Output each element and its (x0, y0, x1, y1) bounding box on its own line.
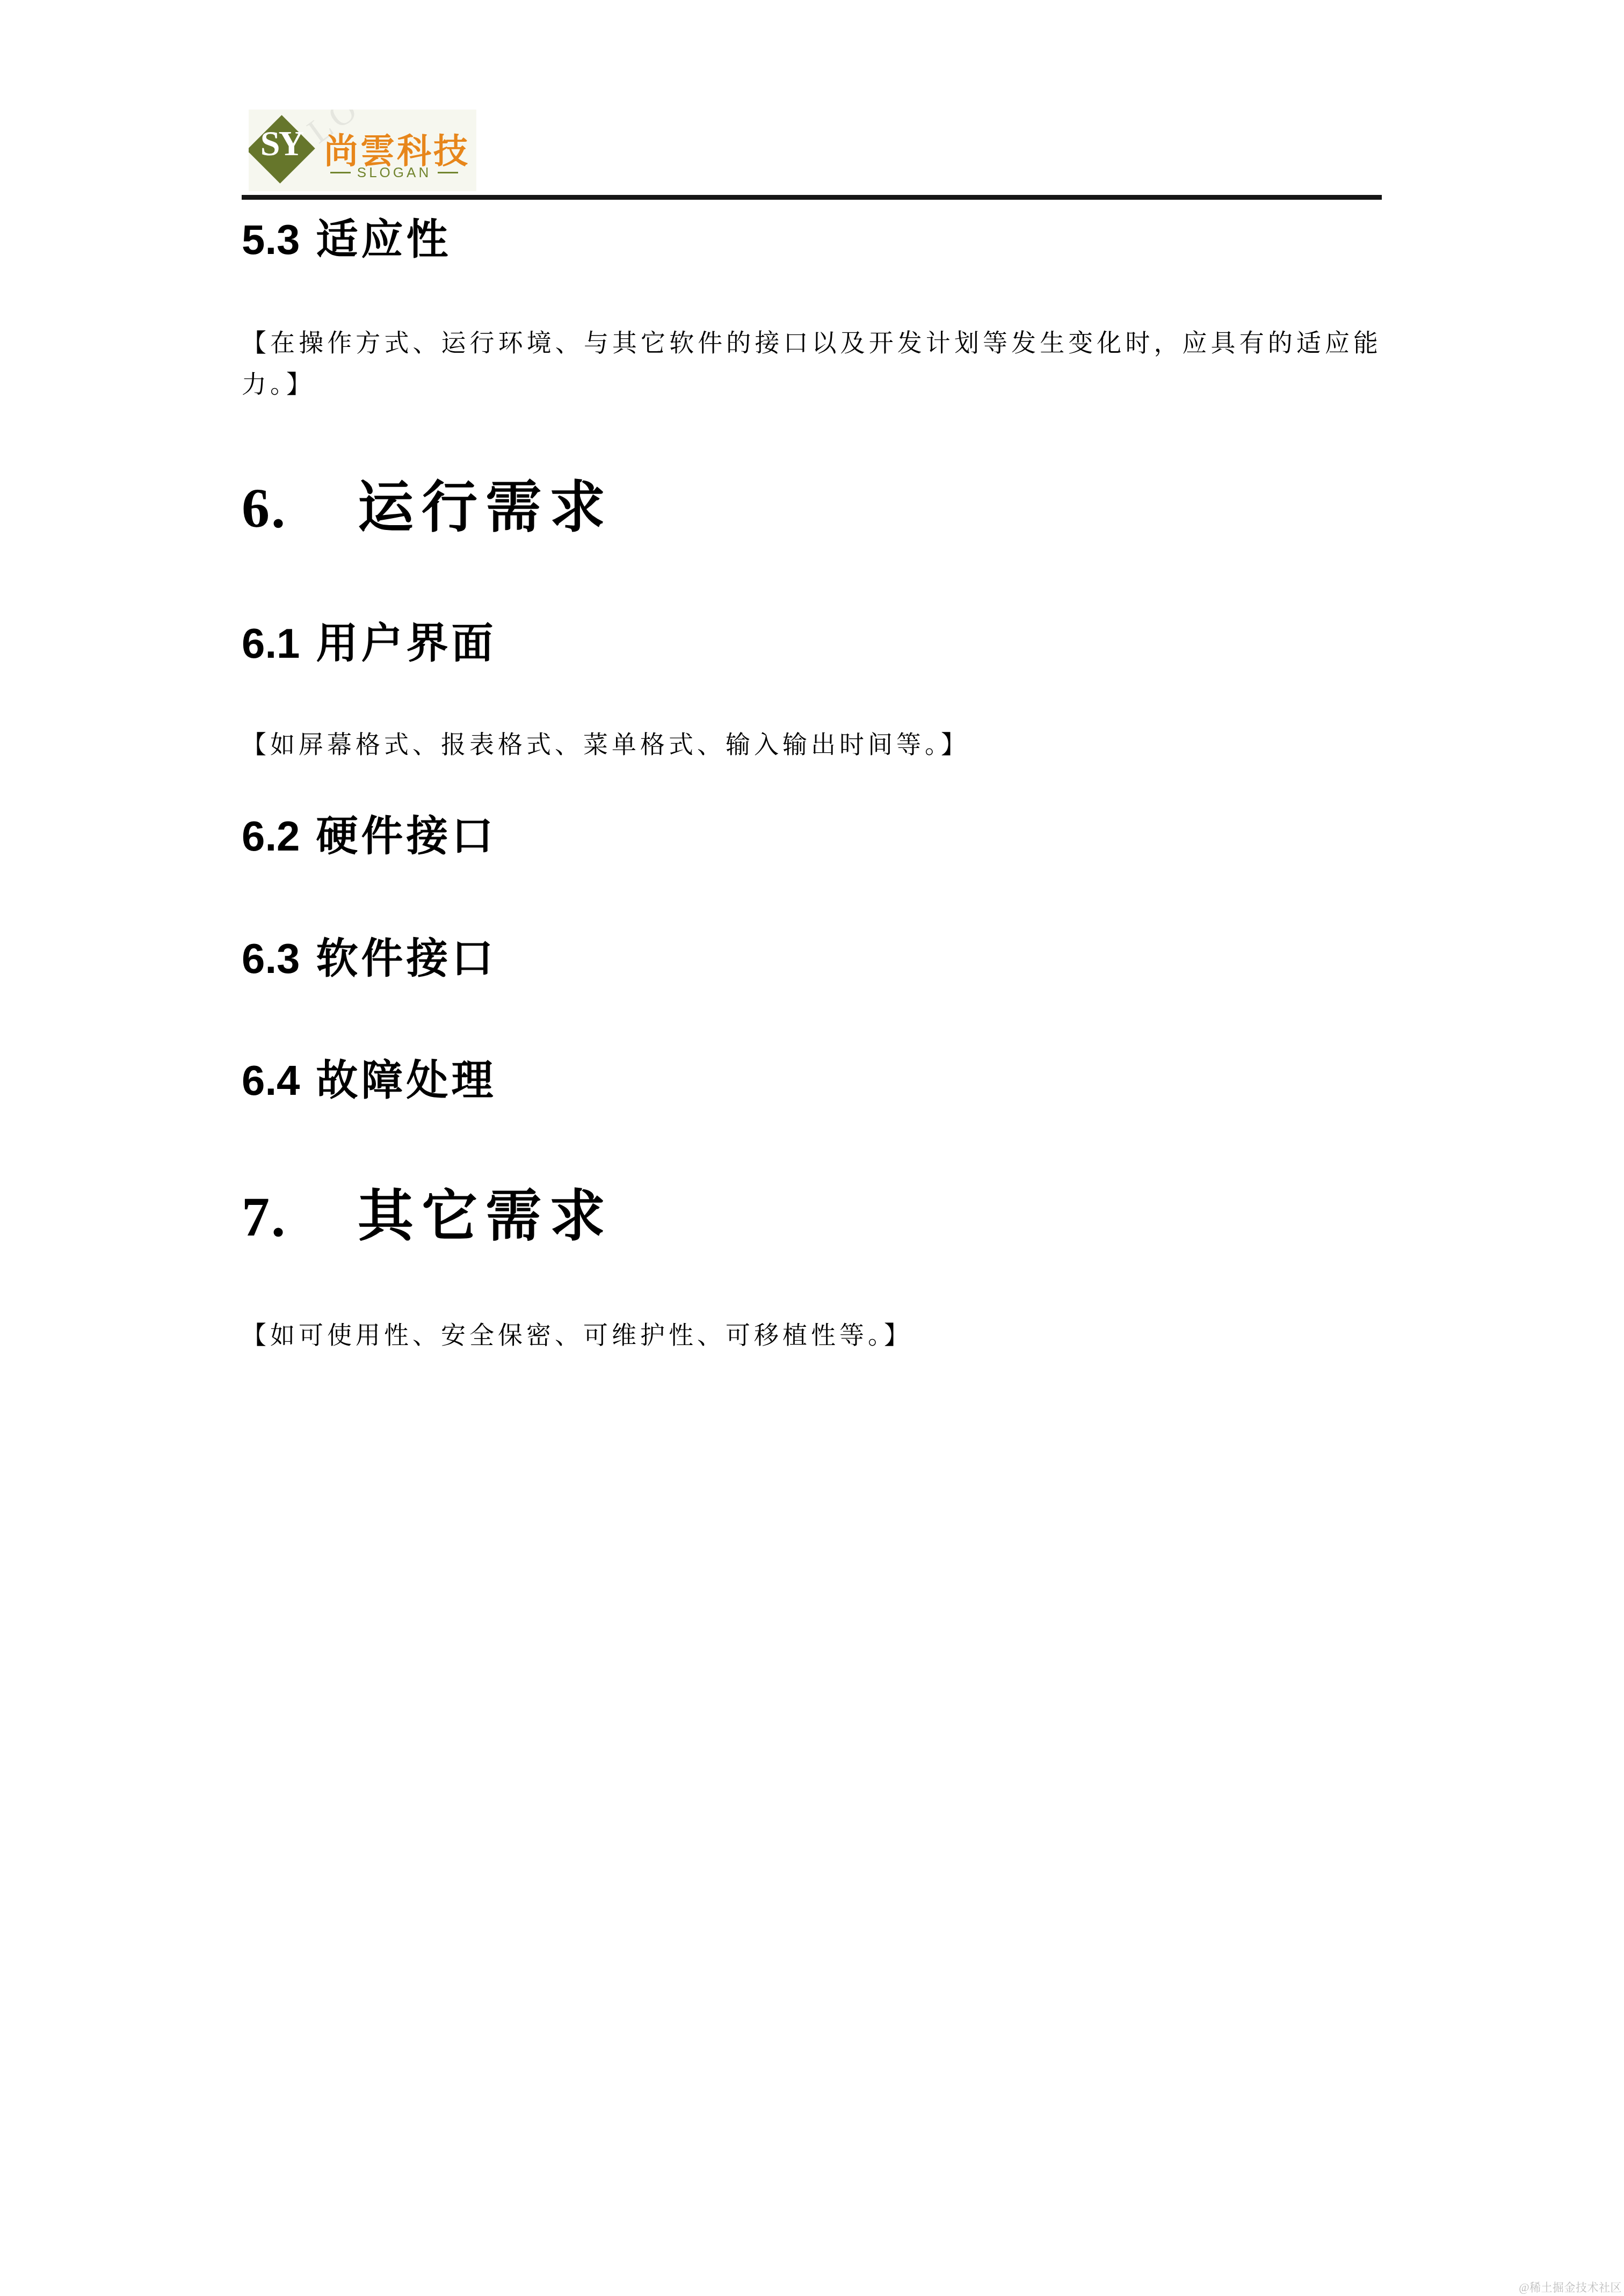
heading-title: 运行需求 (358, 477, 613, 539)
paragraph-other-requirements: 【如可使用性、安全保密、可维护性、可移植性等。】 (242, 1314, 1382, 1356)
slogan-dash-left (330, 172, 351, 173)
heading-6-1: 6.1用户界面 (242, 622, 1382, 665)
heading-number: 7． (242, 1186, 325, 1248)
heading-7: 7．其它需求 (242, 1187, 1382, 1247)
heading-title: 软件接口 (316, 935, 496, 982)
document-page: LOGO SY 尚雲科技 SLOGAN 5.3适应性 【在操作方式、运行环境、与… (0, 0, 1624, 2296)
page-header: LOGO SY 尚雲科技 SLOGAN (0, 0, 1624, 200)
heading-number: 6.3 (242, 935, 300, 982)
heading-6: 6．运行需求 (242, 478, 1382, 539)
heading-title: 硬件接口 (316, 812, 496, 860)
company-logo: LOGO SY 尚雲科技 SLOGAN (249, 110, 476, 191)
heading-number: 6.4 (242, 1057, 300, 1104)
heading-title: 用户界面 (316, 620, 496, 667)
heading-5-3: 5.3适应性 (242, 218, 1382, 261)
document-body: 5.3适应性 【在操作方式、运行环境、与其它软件的接口以及开发计划等发生变化时，… (242, 218, 1382, 1356)
heading-title: 故障处理 (316, 1057, 496, 1104)
logo-slogan-text: SLOGAN (351, 164, 438, 181)
heading-title: 适应性 (316, 216, 451, 263)
community-watermark: @稀土掘金技术社区 (1519, 2279, 1622, 2295)
heading-number: 6.2 (242, 812, 300, 860)
heading-6-4: 6.4故障处理 (242, 1059, 1382, 1102)
logo-monogram: SY (249, 123, 314, 164)
heading-title: 其它需求 (358, 1186, 613, 1248)
paragraph-adaptability: 【在操作方式、运行环境、与其它软件的接口以及开发计划等发生变化时，应具有的适应能… (242, 322, 1382, 405)
header-divider-rule (242, 195, 1382, 200)
heading-number: 5.3 (242, 216, 300, 263)
paragraph-user-interface: 【如屏幕格式、报表格式、菜单格式、输入输出时间等。】 (242, 724, 1382, 765)
heading-number: 6． (242, 477, 325, 539)
logo-slogan-row: SLOGAN (330, 164, 458, 181)
heading-number: 6.1 (242, 620, 300, 667)
heading-6-3: 6.3软件接口 (242, 937, 1382, 980)
heading-6-2: 6.2硬件接口 (242, 815, 1382, 858)
slogan-dash-right (438, 172, 458, 173)
